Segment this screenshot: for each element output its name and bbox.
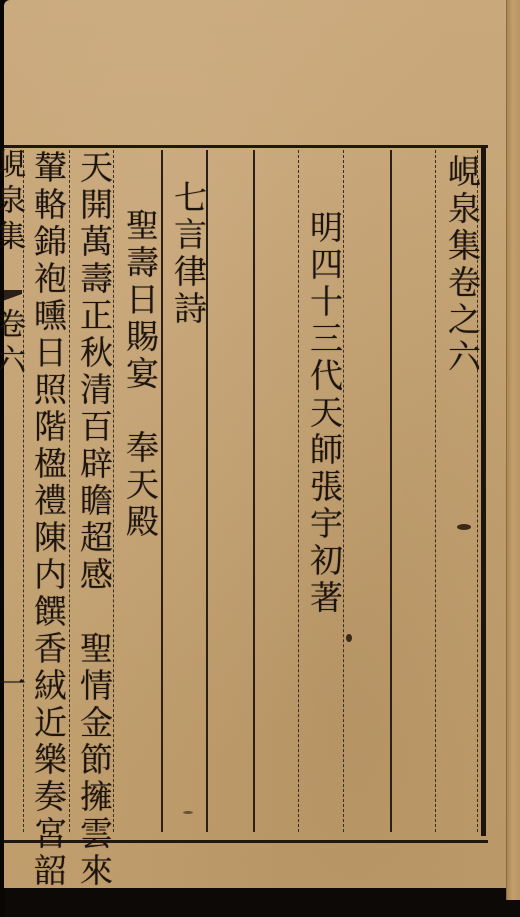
poem-title: 聖壽日賜宴 奉天殿 bbox=[118, 208, 162, 541]
fishtail-mark bbox=[4, 290, 22, 304]
ink-speck bbox=[346, 634, 352, 642]
column-rule bbox=[298, 150, 299, 832]
section-heading: 七言律詩 bbox=[166, 180, 210, 328]
fold-page-number: 一 bbox=[0, 668, 24, 704]
paper-mark bbox=[183, 811, 193, 814]
column-rule bbox=[435, 150, 436, 832]
adjacent-page-edge bbox=[506, 0, 520, 900]
poem-line-2: 輦輅錦袍曛日照階楹禮陳内饌香絨近樂奏宮韶 bbox=[26, 150, 70, 890]
fold-margin: 峴泉集 卷六 一 bbox=[4, 148, 24, 838]
column-rule bbox=[390, 150, 392, 832]
ink-stain bbox=[457, 524, 471, 530]
fold-book-title: 峴泉集 bbox=[0, 148, 24, 256]
author-line: 明四十三代天師張宇初著 bbox=[302, 210, 346, 617]
column-rule bbox=[253, 150, 255, 832]
volume-title: 峴泉集卷之六 bbox=[440, 154, 484, 376]
poem-line-1: 天開萬壽正秋清百辟瞻超感 聖情金節擁雲來 bbox=[72, 150, 116, 890]
fold-volume: 卷六 bbox=[0, 308, 24, 380]
